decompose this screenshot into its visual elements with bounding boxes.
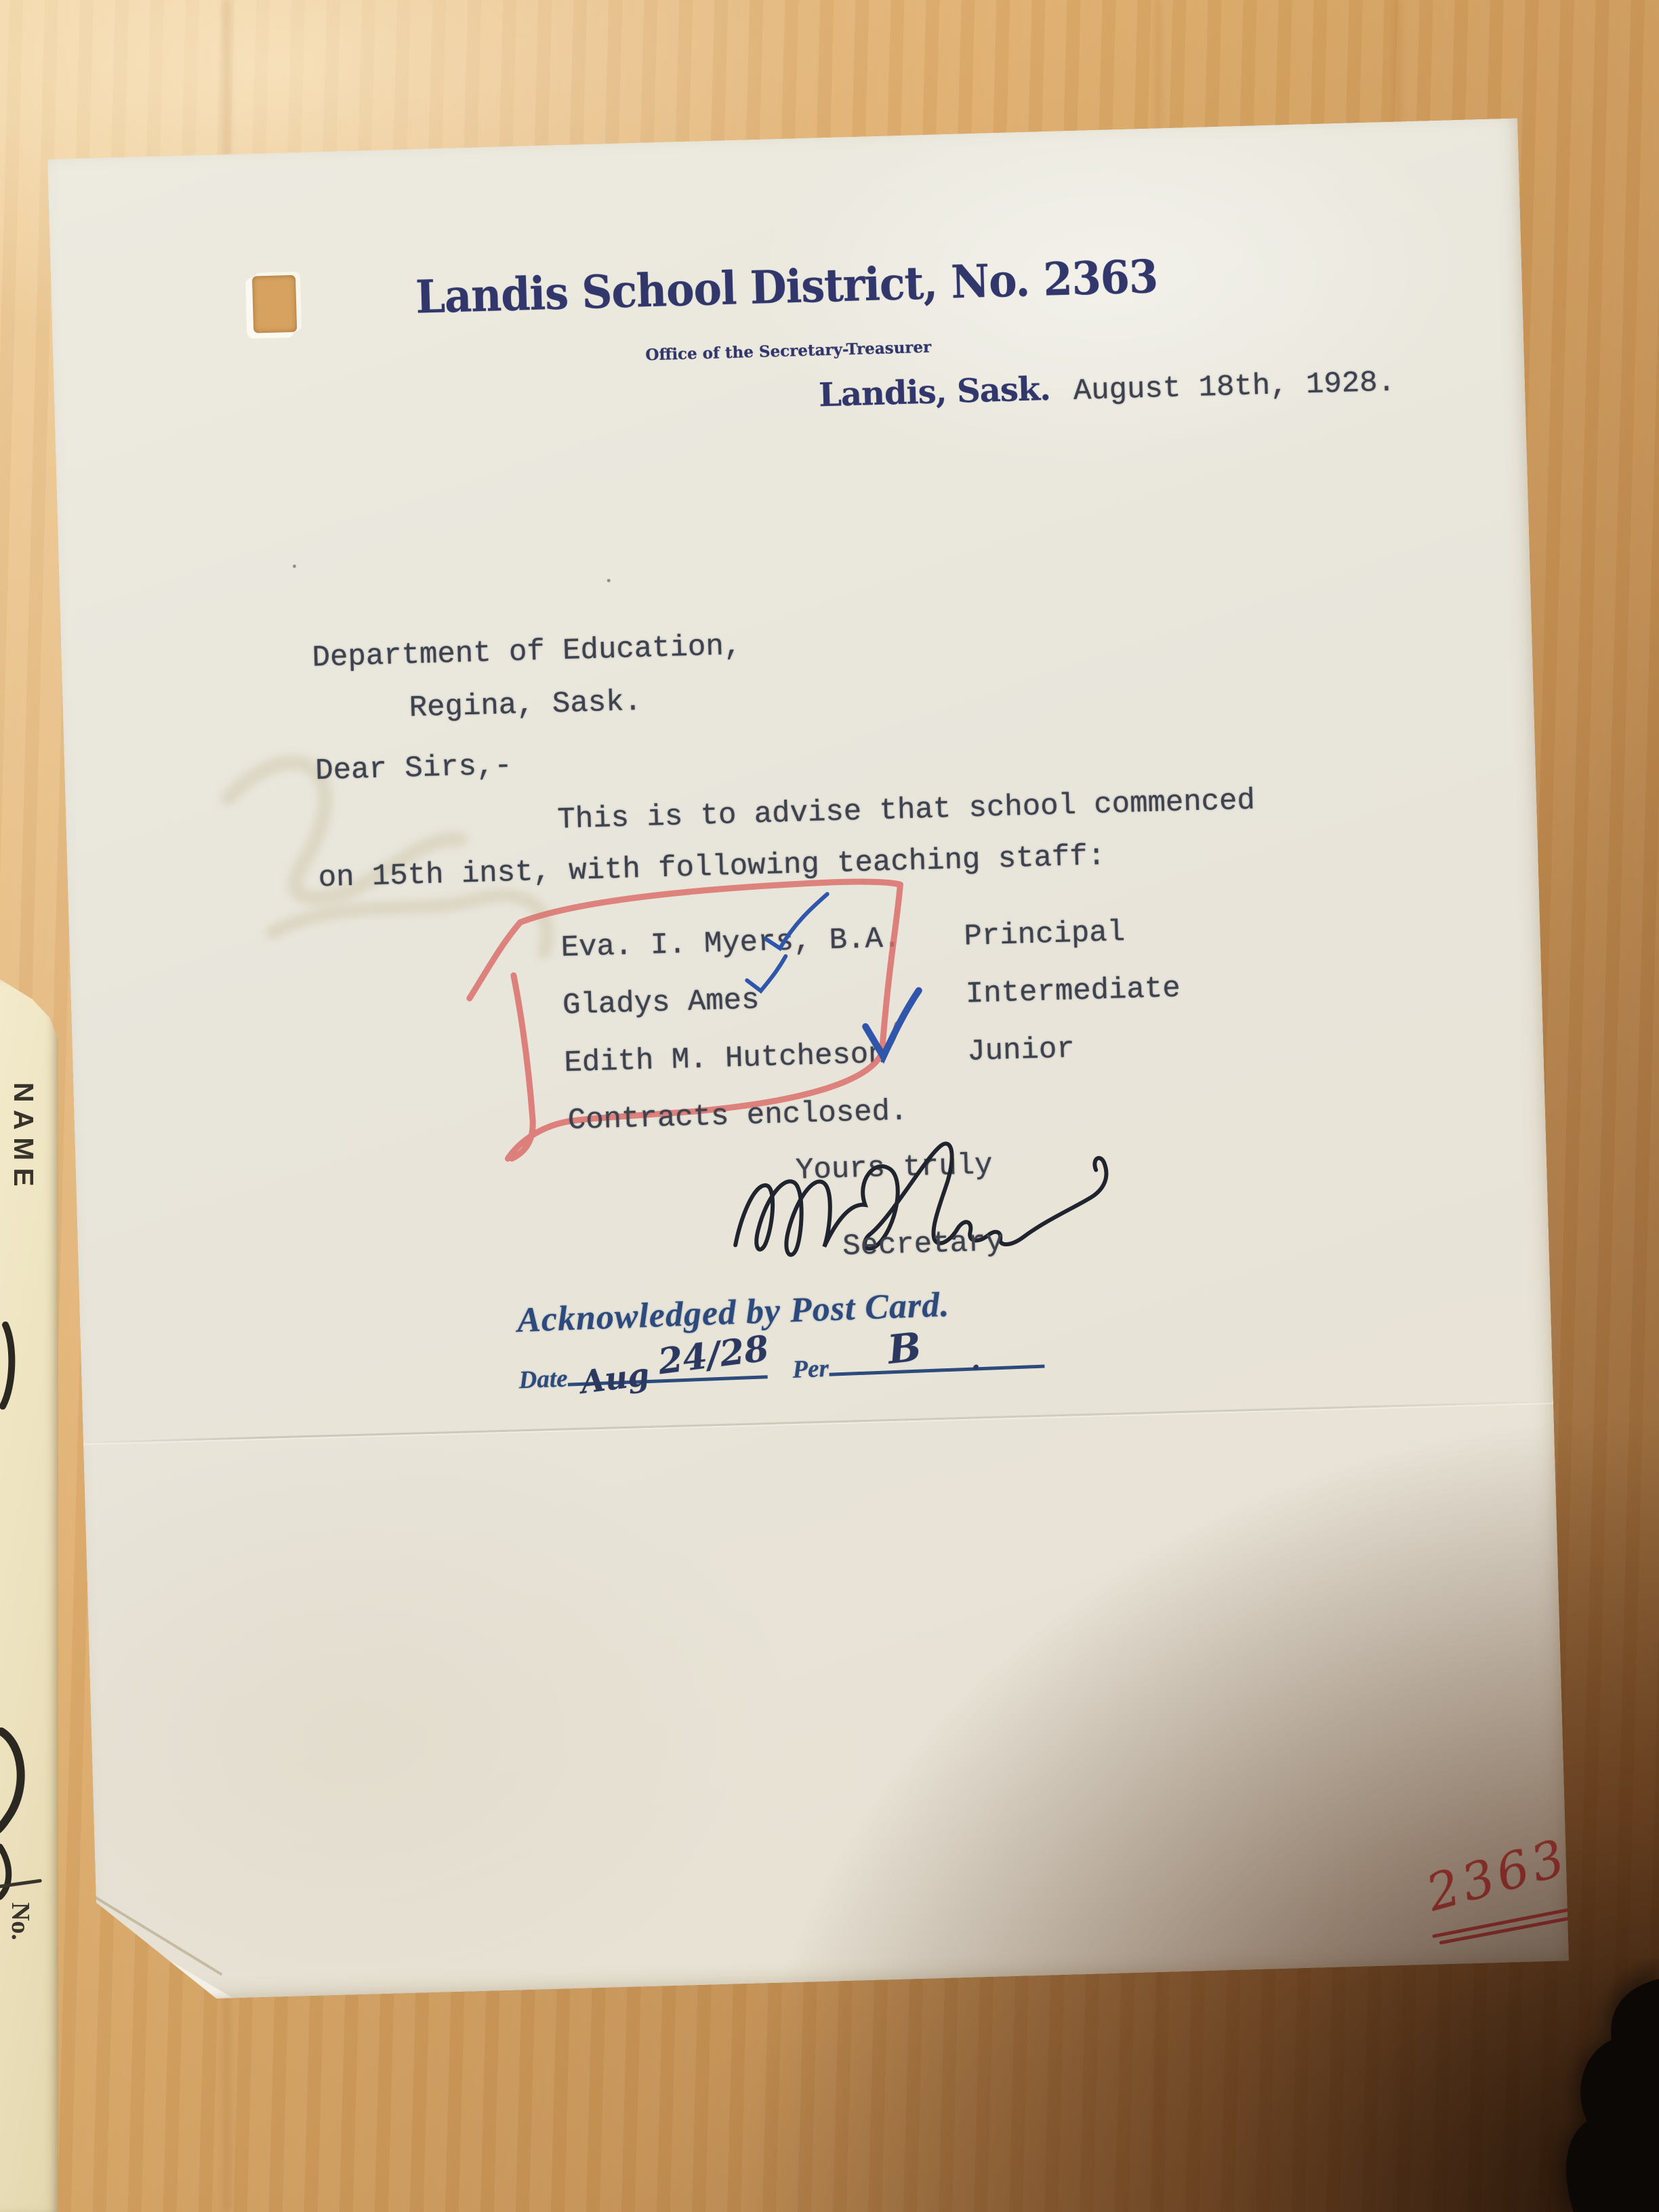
tab-name-label: NAME bbox=[7, 1082, 39, 1194]
tab-number-label: No. bbox=[5, 1902, 35, 1940]
secretary-signature bbox=[729, 1132, 1140, 1293]
paper-speck bbox=[293, 565, 296, 568]
dark-object bbox=[1471, 1959, 1659, 2212]
recipient-line-2: Regina, Sask. bbox=[409, 685, 642, 726]
paper-speck bbox=[607, 579, 611, 582]
signed-role: Secretary bbox=[842, 1225, 1004, 1264]
typed-date: August 18th, 1928. bbox=[1073, 366, 1395, 409]
body-line-1: This is to advise that school commenced bbox=[557, 784, 1256, 838]
letterhead-dateline: Landis, Sask. August 18th, 1928. bbox=[818, 361, 1395, 416]
letterhead-title: Landis School District, No. 2363 bbox=[51, 239, 1522, 333]
letterhead-place: Landis, Sask. bbox=[818, 370, 1050, 415]
folder-tab: NAME No. bbox=[0, 979, 58, 2212]
recipient-line-1: Department of Education, bbox=[312, 630, 742, 676]
salutation: Dear Sirs,- bbox=[315, 749, 513, 788]
photo-scene: NAME No. Landis School District, No. 236… bbox=[0, 0, 1659, 2212]
stamp-date-label: Date bbox=[518, 1365, 568, 1395]
tab-handwriting-marks bbox=[0, 1298, 41, 1908]
